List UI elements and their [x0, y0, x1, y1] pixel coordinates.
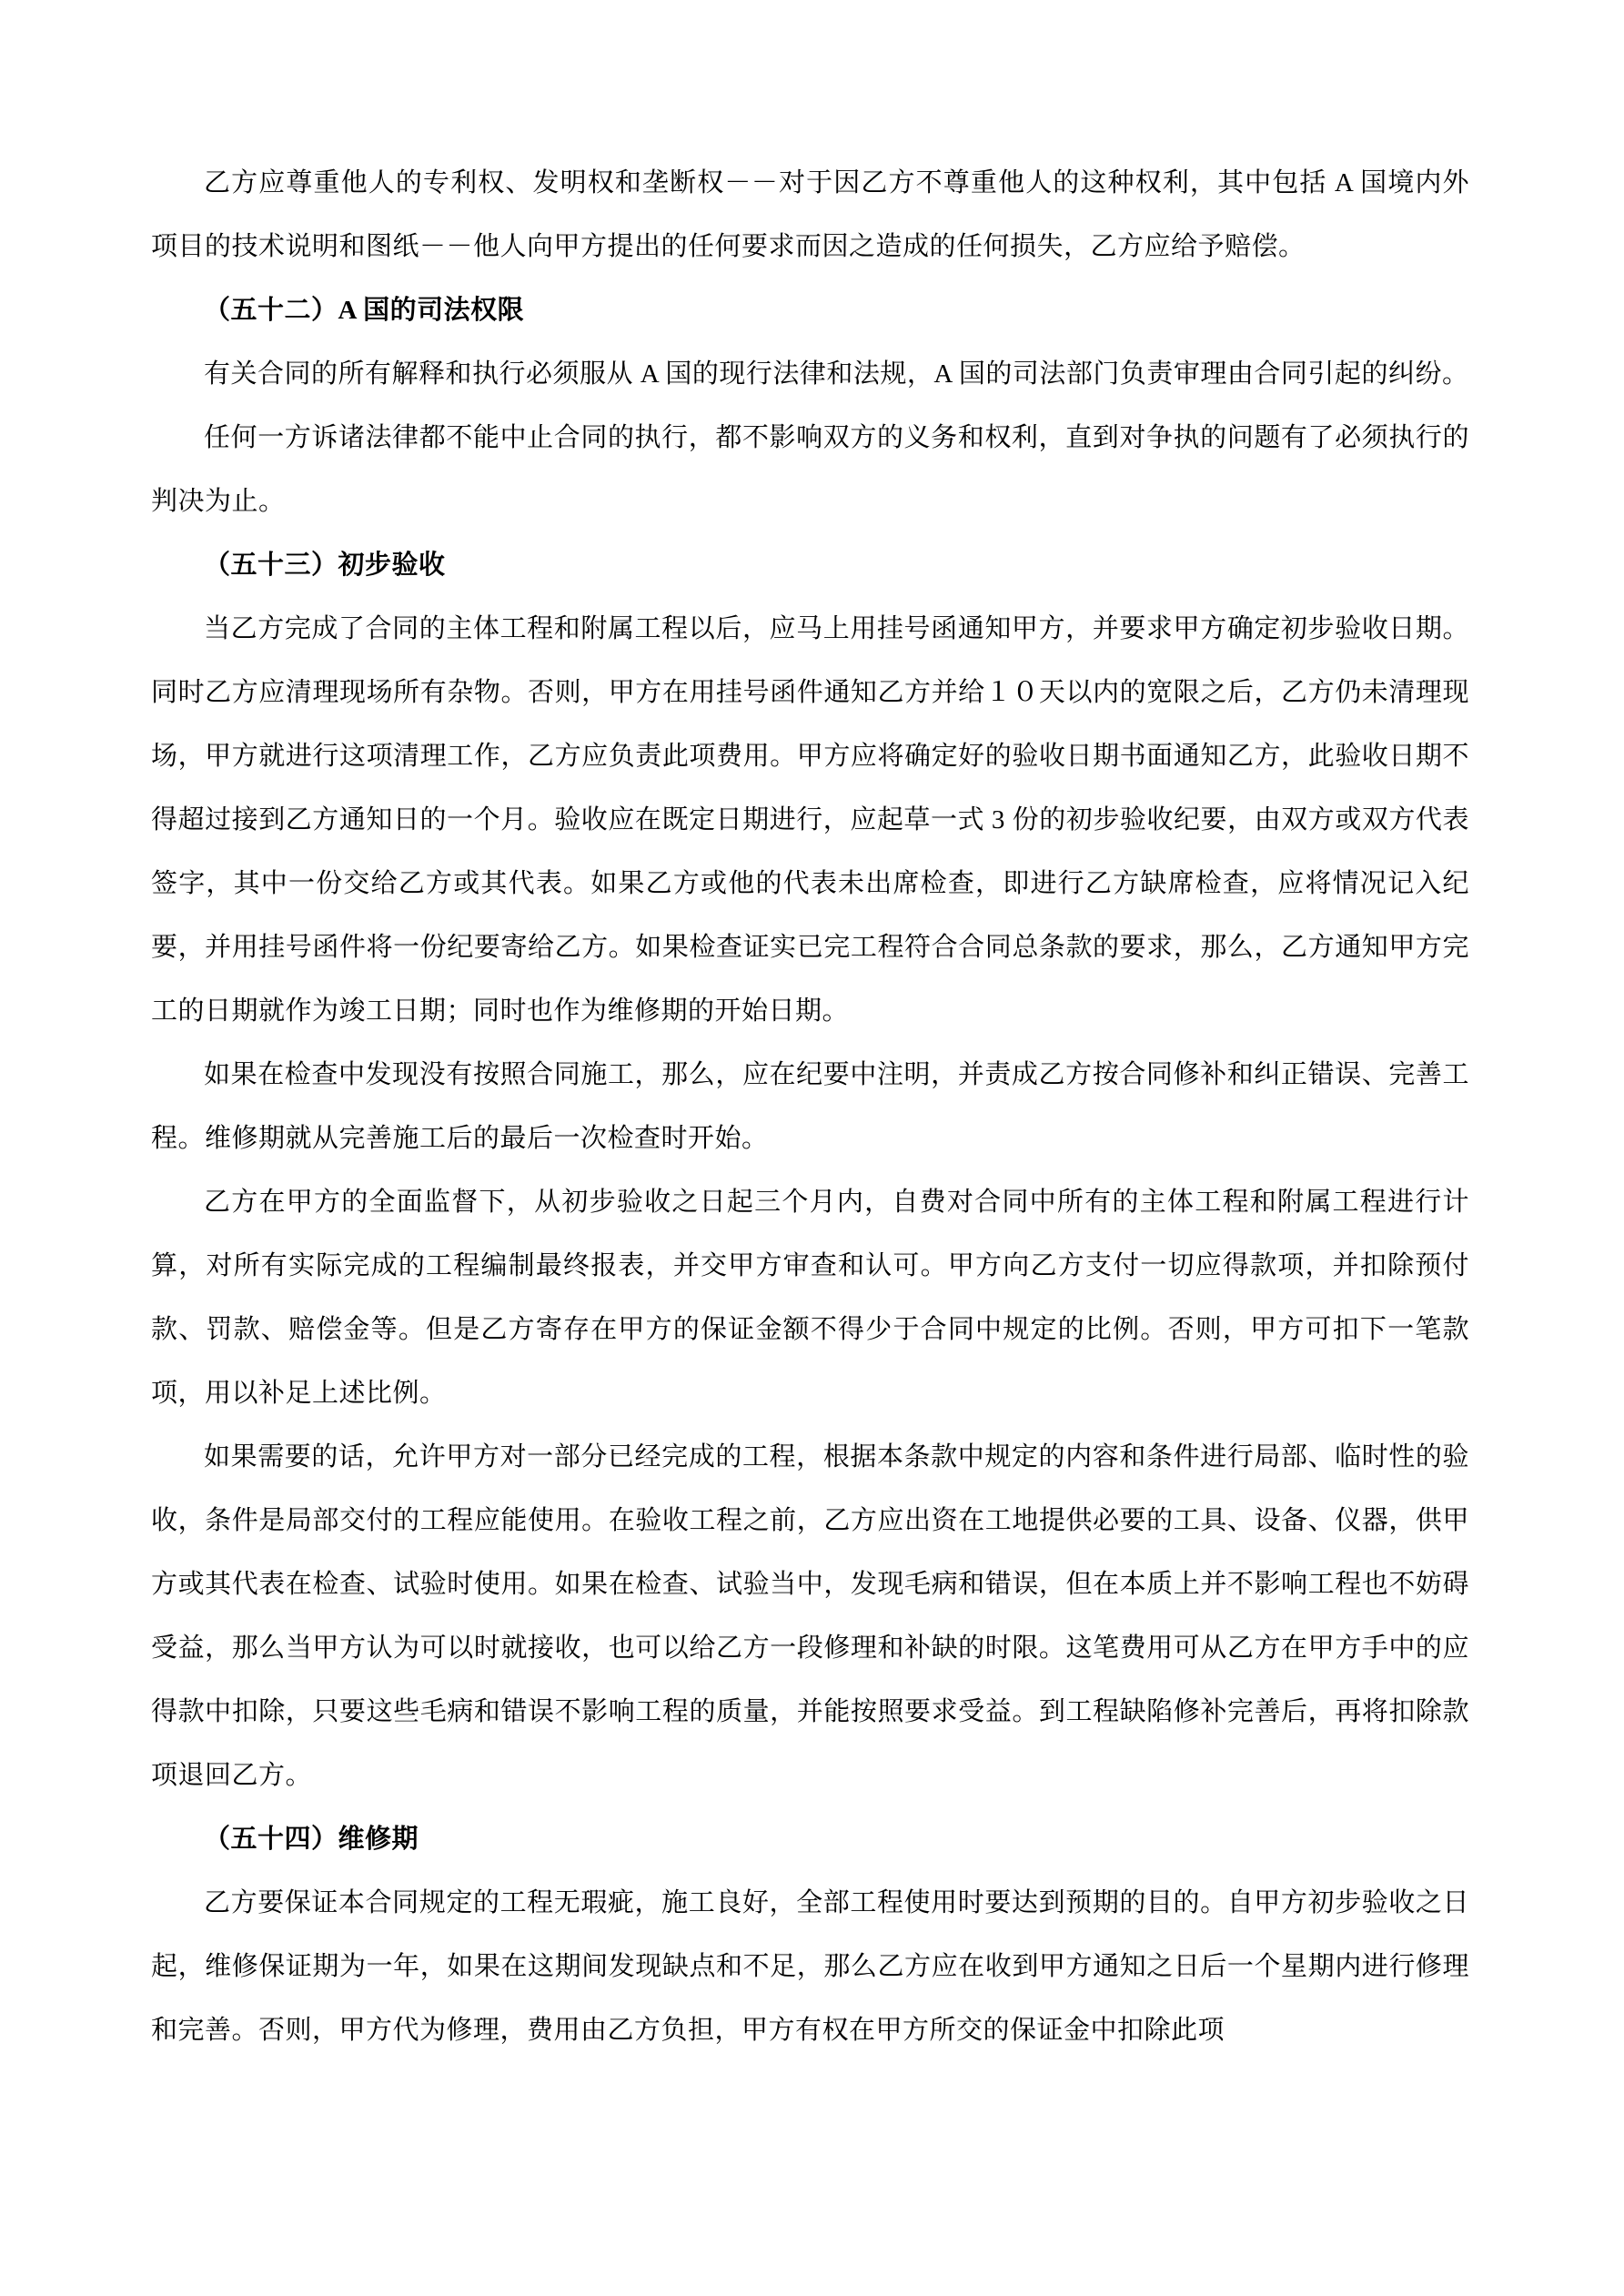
document-page: 乙方应尊重他人的专利权、发明权和垄断权－－对于因乙方不尊重他人的这种权利，其中包…: [0, 0, 1624, 2296]
paragraph: 乙方在甲方的全面监督下，从初步验收之日起三个月内，自费对合同中所有的主体工程和附…: [151, 1170, 1469, 1425]
paragraph: 乙方应尊重他人的专利权、发明权和垄断权－－对于因乙方不尊重他人的这种权利，其中包…: [151, 151, 1469, 278]
paragraph: 如果在检查中发现没有按照合同施工，那么，应在纪要中注明，并责成乙方按合同修补和纠…: [151, 1043, 1469, 1170]
paragraph: 有关合同的所有解释和执行必须服从 A 国的现行法律和法规，A 国的司法部门负责审…: [151, 342, 1469, 406]
paragraph: 任何一方诉诸法律都不能中止合同的执行，都不影响双方的义务和权利，直到对争执的问题…: [151, 406, 1469, 533]
paragraph: 如果需要的话，允许甲方对一部分已经完成的工程，根据本条款中规定的内容和条件进行局…: [151, 1425, 1469, 1807]
section-heading-52: （五十二）A 国的司法权限: [151, 278, 1469, 342]
section-heading-53: （五十三）初步验收: [151, 533, 1469, 597]
paragraph: 乙方要保证本合同规定的工程无瑕疵，施工良好，全部工程使用时要达到预期的目的。自甲…: [151, 1871, 1469, 2062]
paragraph: 当乙方完成了合同的主体工程和附属工程以后，应马上用挂号函通知甲方，并要求甲方确定…: [151, 597, 1469, 1043]
contract-text-block: 乙方应尊重他人的专利权、发明权和垄断权－－对于因乙方不尊重他人的这种权利，其中包…: [151, 151, 1469, 2062]
section-heading-54: （五十四）维修期: [151, 1807, 1469, 1871]
